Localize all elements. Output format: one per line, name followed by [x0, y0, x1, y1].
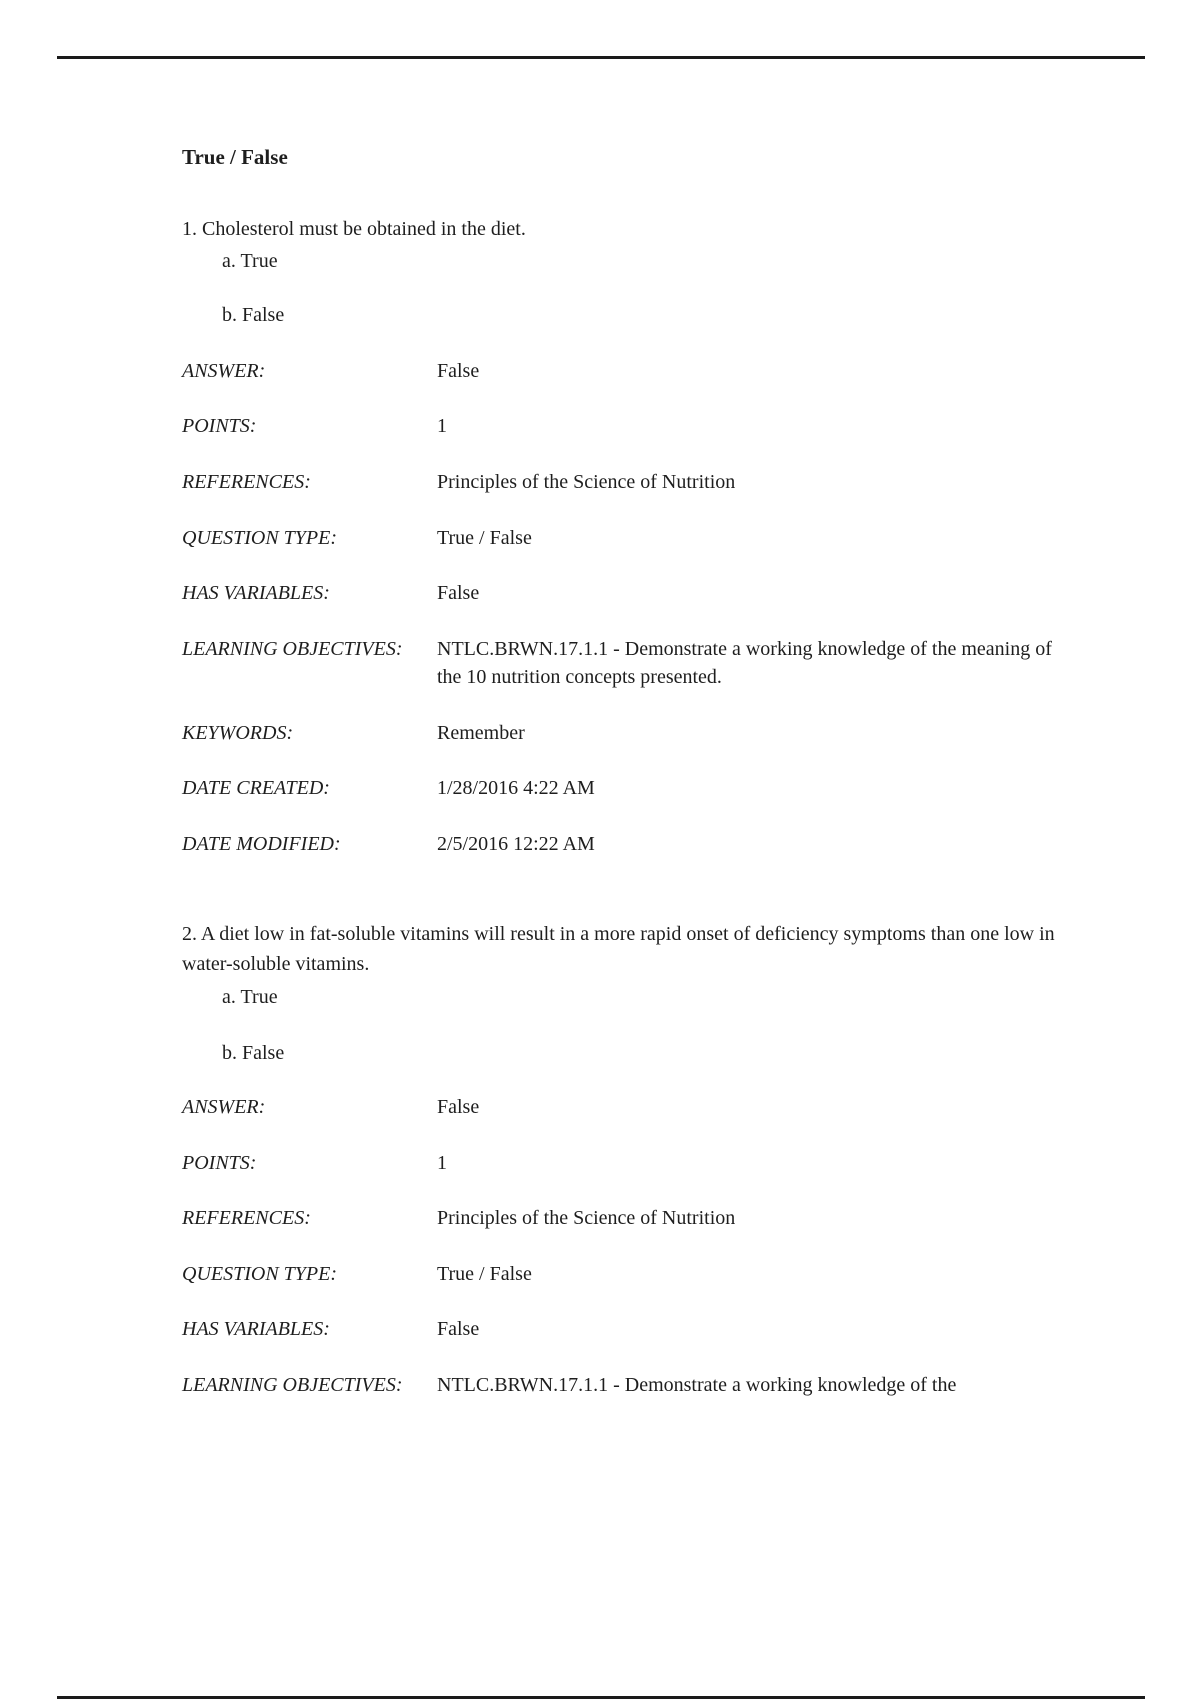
meta-label: REFERENCES: [182, 1204, 311, 1232]
meta-value: False [437, 357, 1057, 385]
meta-value: False [437, 1093, 1057, 1121]
meta-label: ANSWER: [182, 1093, 265, 1121]
question-2-text: 2. A diet low in fat-soluble vitamins wi… [182, 919, 1062, 979]
meta-label: POINTS: [182, 412, 256, 440]
meta-label: HAS VARIABLES: [182, 579, 330, 607]
section-title: True / False [182, 144, 288, 170]
meta-value: 1/28/2016 4:22 AM [437, 774, 1057, 802]
meta-value: Principles of the Science of Nutrition [437, 468, 1057, 496]
meta-label: QUESTION TYPE: [182, 524, 337, 552]
question-2-option-b: b. False [222, 1040, 284, 1066]
meta-label: LEARNING OBJECTIVES: [182, 635, 403, 663]
question-2-option-a: a. True [222, 984, 278, 1010]
meta-value: 1 [437, 412, 1057, 440]
meta-label: KEYWORDS: [182, 719, 293, 747]
meta-value: Remember [437, 719, 1057, 747]
meta-value: False [437, 579, 1057, 607]
meta-label: ANSWER: [182, 357, 265, 385]
meta-label: DATE CREATED: [182, 774, 330, 802]
meta-value: True / False [437, 1260, 1057, 1288]
question-1-option-b: b. False [222, 302, 284, 328]
meta-label: DATE MODIFIED: [182, 830, 341, 858]
meta-label: REFERENCES: [182, 468, 311, 496]
meta-value: 1 [437, 1149, 1057, 1177]
meta-value: Principles of the Science of Nutrition [437, 1204, 1057, 1232]
meta-label: POINTS: [182, 1149, 256, 1177]
question-1-option-a: a. True [222, 248, 278, 274]
meta-label: QUESTION TYPE: [182, 1260, 337, 1288]
footer-rule [57, 1696, 1145, 1699]
meta-value: 2/5/2016 12:22 AM [437, 830, 1057, 858]
meta-value: True / False [437, 524, 1057, 552]
meta-value: False [437, 1315, 1057, 1343]
meta-label: LEARNING OBJECTIVES: [182, 1371, 403, 1399]
question-1-text: 1. Cholesterol must be obtained in the d… [182, 214, 1062, 244]
meta-label: HAS VARIABLES: [182, 1315, 330, 1343]
meta-value: NTLC.BRWN.17.1.1 - Demonstrate a working… [437, 1371, 1057, 1399]
header-rule [57, 56, 1145, 59]
meta-value: NTLC.BRWN.17.1.1 - Demonstrate a working… [437, 635, 1057, 691]
